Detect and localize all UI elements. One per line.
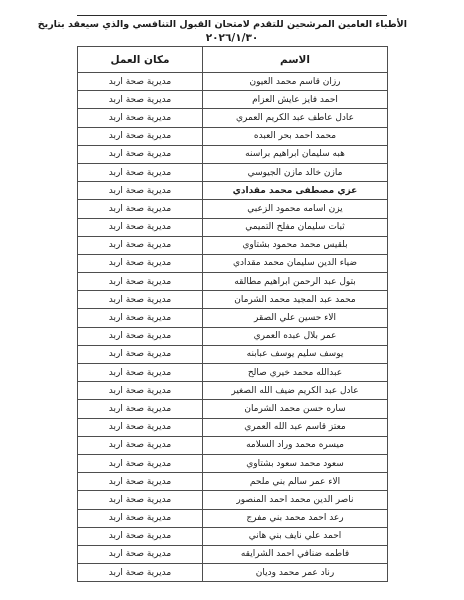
table-row: الاء حسين علي الصقر مديرية صحة اربد [78,309,388,327]
table-row: يوسف سليم يوسف عبابنه مديرية صحة اربد [78,345,388,363]
table-row: ثبات سليمان مفلح التميمي مديرية صحة اربد [78,218,388,236]
name-cell: سعود محمد سعود بشتاوي [203,454,388,472]
name-cell: ناصر الدين محمد احمد المنصور [203,491,388,509]
name-cell: ميسره محمد وراد السلامه [203,436,388,454]
name-cell: احمد فايز عايش العزام [203,91,388,109]
table-row: محمد احمد بحر العبده مديرية صحة اربد [78,127,388,145]
table-row: عادل عبد الكريم ضيف الله الصغير مديرية ص… [78,382,388,400]
table-row: ساره حسن محمد الشرمان مديرية صحة اربد [78,400,388,418]
workplace-cell: مديرية صحة اربد [78,273,203,291]
table-row: عبدالله محمد خيري صالح مديرية صحة اربد [78,364,388,382]
workplace-cell: مديرية صحة اربد [78,145,203,163]
name-cell: ضياء الدين سليمان محمد مقدادي [203,254,388,272]
table-row: مازن خالد مازن الجيوسي مديرية صحة اربد [78,163,388,181]
table-row: هبه سليمان ابراهيم براسنه مديرية صحة ارب… [78,145,388,163]
workplace-cell: مديرية صحة اربد [78,473,203,491]
table-row: بتول عبد الرحمن ابراهيم مطالقه مديرية صح… [78,273,388,291]
table-row: عمر بلال عبده العمري مديرية صحة اربد [78,327,388,345]
name-cell: رزان قاسم محمد العيون [203,73,388,91]
workplace-cell: مديرية صحة اربد [78,491,203,509]
table-row: ناصر الدين محمد احمد المنصور مديرية صحة … [78,491,388,509]
workplace-cell: مديرية صحة اربد [78,73,203,91]
workplace-cell: مديرية صحة اربد [78,254,203,272]
table-row: ضياء الدين سليمان محمد مقدادي مديرية صحة… [78,254,388,272]
name-cell: ثبات سليمان مفلح التميمي [203,218,388,236]
name-cell: بتول عبد الرحمن ابراهيم مطالقه [203,273,388,291]
name-cell: رناد عمر محمد وديان [203,564,388,582]
workplace-cell: مديرية صحة اربد [78,382,203,400]
name-cell: عادل عاطف عبد الكريم العمري [203,109,388,127]
name-cell: يزن اسامه محمود الزعبي [203,200,388,218]
workplace-cell: مديرية صحة اربد [78,309,203,327]
table-row: معتز قاسم عبد الله العمري مديرية صحة ارب… [78,418,388,436]
workplace-cell: مديرية صحة اربد [78,182,203,200]
workplace-cell: مديرية صحة اربد [78,218,203,236]
name-cell: عادل عبد الكريم ضيف الله الصغير [203,382,388,400]
name-cell: محمد احمد بحر العبده [203,127,388,145]
workplace-cell: مديرية صحة اربد [78,454,203,472]
name-cell: بلقيس محمد محمود بشتاوي [203,236,388,254]
table-row: عزي مصطفى محمد مقدادي مديرية صحة اربد [78,182,388,200]
roster-table-header: الاسم مكان العمل [78,47,388,73]
name-cell: يوسف سليم يوسف عبابنه [203,345,388,363]
name-cell: ساره حسن محمد الشرمان [203,400,388,418]
workplace-cell: مديرية صحة اربد [78,527,203,545]
workplace-cell: مديرية صحة اربد [78,200,203,218]
header-divider [77,15,387,16]
name-cell: احمد علي نايف بني هاني [203,527,388,545]
document-page: الأطباء العامين المرشحين للتقدم لامتحان … [0,0,464,600]
name-cell: الاء عمر سالم بني ملحم [203,473,388,491]
name-cell: الاء حسين علي الصقر [203,309,388,327]
table-row: سعود محمد سعود بشتاوي مديرية صحة اربد [78,454,388,472]
table-row: يزن اسامه محمود الزعبي مديرية صحة اربد [78,200,388,218]
workplace-cell: مديرية صحة اربد [78,400,203,418]
table-row: رعد احمد محمد بني مفرج مديرية صحة اربد [78,509,388,527]
roster-table: الاسم مكان العمل رزان قاسم محمد العيون م… [77,46,388,582]
workplace-cell: مديرية صحة اربد [78,127,203,145]
name-cell: عزي مصطفى محمد مقدادي [203,182,388,200]
name-column-header: الاسم [203,47,388,73]
table-row: احمد فايز عايش العزام مديرية صحة اربد [78,91,388,109]
table-row: الاء عمر سالم بني ملحم مديرية صحة اربد [78,473,388,491]
workplace-cell: مديرية صحة اربد [78,418,203,436]
page-title: الأطباء العامين المرشحين للتقدم لامتحان … [57,18,407,31]
workplace-cell: مديرية صحة اربد [78,509,203,527]
workplace-cell: مديرية صحة اربد [78,236,203,254]
table-row: رزان قاسم محمد العيون مديرية صحة اربد [78,73,388,91]
name-cell: عبدالله محمد خيري صالح [203,364,388,382]
workplace-cell: مديرية صحة اربد [78,436,203,454]
workplace-cell: مديرية صحة اربد [78,364,203,382]
workplace-cell: مديرية صحة اربد [78,109,203,127]
name-cell: فاطمه ضنافي احمد الشرايقه [203,545,388,563]
table-row: بلقيس محمد محمود بشتاوي مديرية صحة اربد [78,236,388,254]
name-cell: رعد احمد محمد بني مفرج [203,509,388,527]
table-row: ميسره محمد وراد السلامه مديرية صحة اربد [78,436,388,454]
table-row: محمد عبد المجيد محمد الشرمان مديرية صحة … [78,291,388,309]
name-cell: مازن خالد مازن الجيوسي [203,163,388,181]
title-block: الأطباء العامين المرشحين للتقدم لامتحان … [57,18,407,45]
name-cell: هبه سليمان ابراهيم براسنه [203,145,388,163]
name-cell: عمر بلال عبده العمري [203,327,388,345]
workplace-column-header: مكان العمل [78,47,203,73]
table-row: عادل عاطف عبد الكريم العمري مديرية صحة ا… [78,109,388,127]
table-row: احمد علي نايف بني هاني مديرية صحة اربد [78,527,388,545]
workplace-cell: مديرية صحة اربد [78,545,203,563]
roster-table-body: رزان قاسم محمد العيون مديرية صحة اربد اح… [78,73,388,582]
workplace-cell: مديرية صحة اربد [78,291,203,309]
table-row: رناد عمر محمد وديان مديرية صحة اربد [78,564,388,582]
workplace-cell: مديرية صحة اربد [78,345,203,363]
table-row: فاطمه ضنافي احمد الشرايقه مديرية صحة ارب… [78,545,388,563]
name-cell: معتز قاسم عبد الله العمري [203,418,388,436]
exam-date: ٢٠٢٦/١/٣٠ [57,31,407,45]
workplace-cell: مديرية صحة اربد [78,564,203,582]
workplace-cell: مديرية صحة اربد [78,163,203,181]
name-cell: محمد عبد المجيد محمد الشرمان [203,291,388,309]
workplace-cell: مديرية صحة اربد [78,91,203,109]
header-row: الاسم مكان العمل [78,47,388,73]
workplace-cell: مديرية صحة اربد [78,327,203,345]
